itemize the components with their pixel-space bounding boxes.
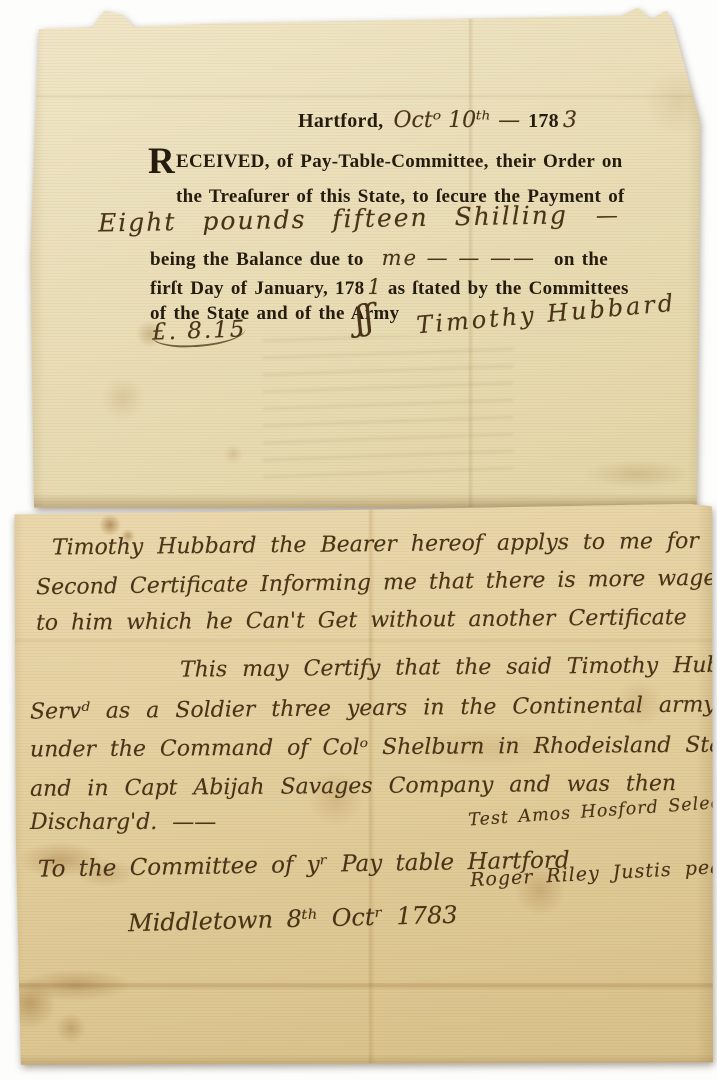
certificate-line: Second Certificate Informing me that the… — [36, 565, 717, 600]
date-year-handwritten: 3 — [563, 108, 577, 133]
certificate-line: and in Capt Abijah Savages Company and w… — [30, 771, 676, 802]
certificate-line: under the Command of Colᵒ Shelburn in Rh… — [30, 733, 717, 763]
date-handwritten: Octᵒ 10ᵗʰ — — [393, 108, 520, 133]
balance-line: being the Balance due to me — — —— on th… — [150, 246, 608, 271]
scanned-documents: Hartford, Octᵒ 10ᵗʰ — 178 3 RECEIVED, of… — [0, 0, 717, 1080]
january-pre: firſt Day of January, 178 — [150, 278, 364, 299]
certificate-line: Servᵈ as a Soldier three years in the Co… — [30, 692, 716, 724]
receipt-dateline: Hartford, Octᵒ 10ᵗʰ — 178 3 — [298, 108, 577, 133]
amount-figures: £. 8.15 — [152, 316, 247, 348]
certificate-paper-shadow: Timothy Hubbard the Bearer hereof applys… — [6, 498, 714, 1068]
balance-handwritten: me — — —— — [382, 246, 536, 270]
certificate-paper: Timothy Hubbard the Bearer hereof applys… — [6, 498, 714, 1068]
receipt-paper-shadow: Hartford, Octᵒ 10ᵗʰ — 178 3 RECEIVED, of… — [28, 6, 704, 508]
discharged-line: Discharg'd. —— — [30, 810, 216, 835]
place-label: Hartford, — [298, 110, 383, 132]
balance-post: on the — [554, 249, 608, 270]
received-dropcap: R — [148, 141, 175, 182]
amount-words: Eight pounds fifteen Shilling — [98, 200, 568, 237]
received-text: ECEIVED, of Pay-Table-Committee, their O… — [176, 151, 622, 172]
certificate-dateline: Middletown 8ᵗʰ Octʳ 1783 — [128, 901, 458, 938]
january-line: firſt Day of January, 1781 as ſtated by … — [150, 275, 629, 300]
certificate-line: to him which he Can't Get without anothe… — [36, 605, 687, 636]
amount-dash: — — [596, 203, 618, 228]
receipt-paper: Hartford, Octᵒ 10ᵗʰ — 178 3 RECEIVED, of… — [28, 6, 704, 508]
january-year-digit: 1 — [367, 275, 380, 299]
balance-pre: being the Balance due to — [150, 249, 364, 270]
received-line: RECEIVED, of Pay-Table-Committee, their … — [148, 148, 623, 176]
certificate-line: This may Certify that the said Timothy H… — [180, 652, 717, 682]
certificate-line: Timothy Hubbard the Bearer hereof applys… — [52, 528, 717, 560]
ink-showthrough — [263, 336, 513, 481]
date-printed-year: 178 — [528, 110, 559, 132]
